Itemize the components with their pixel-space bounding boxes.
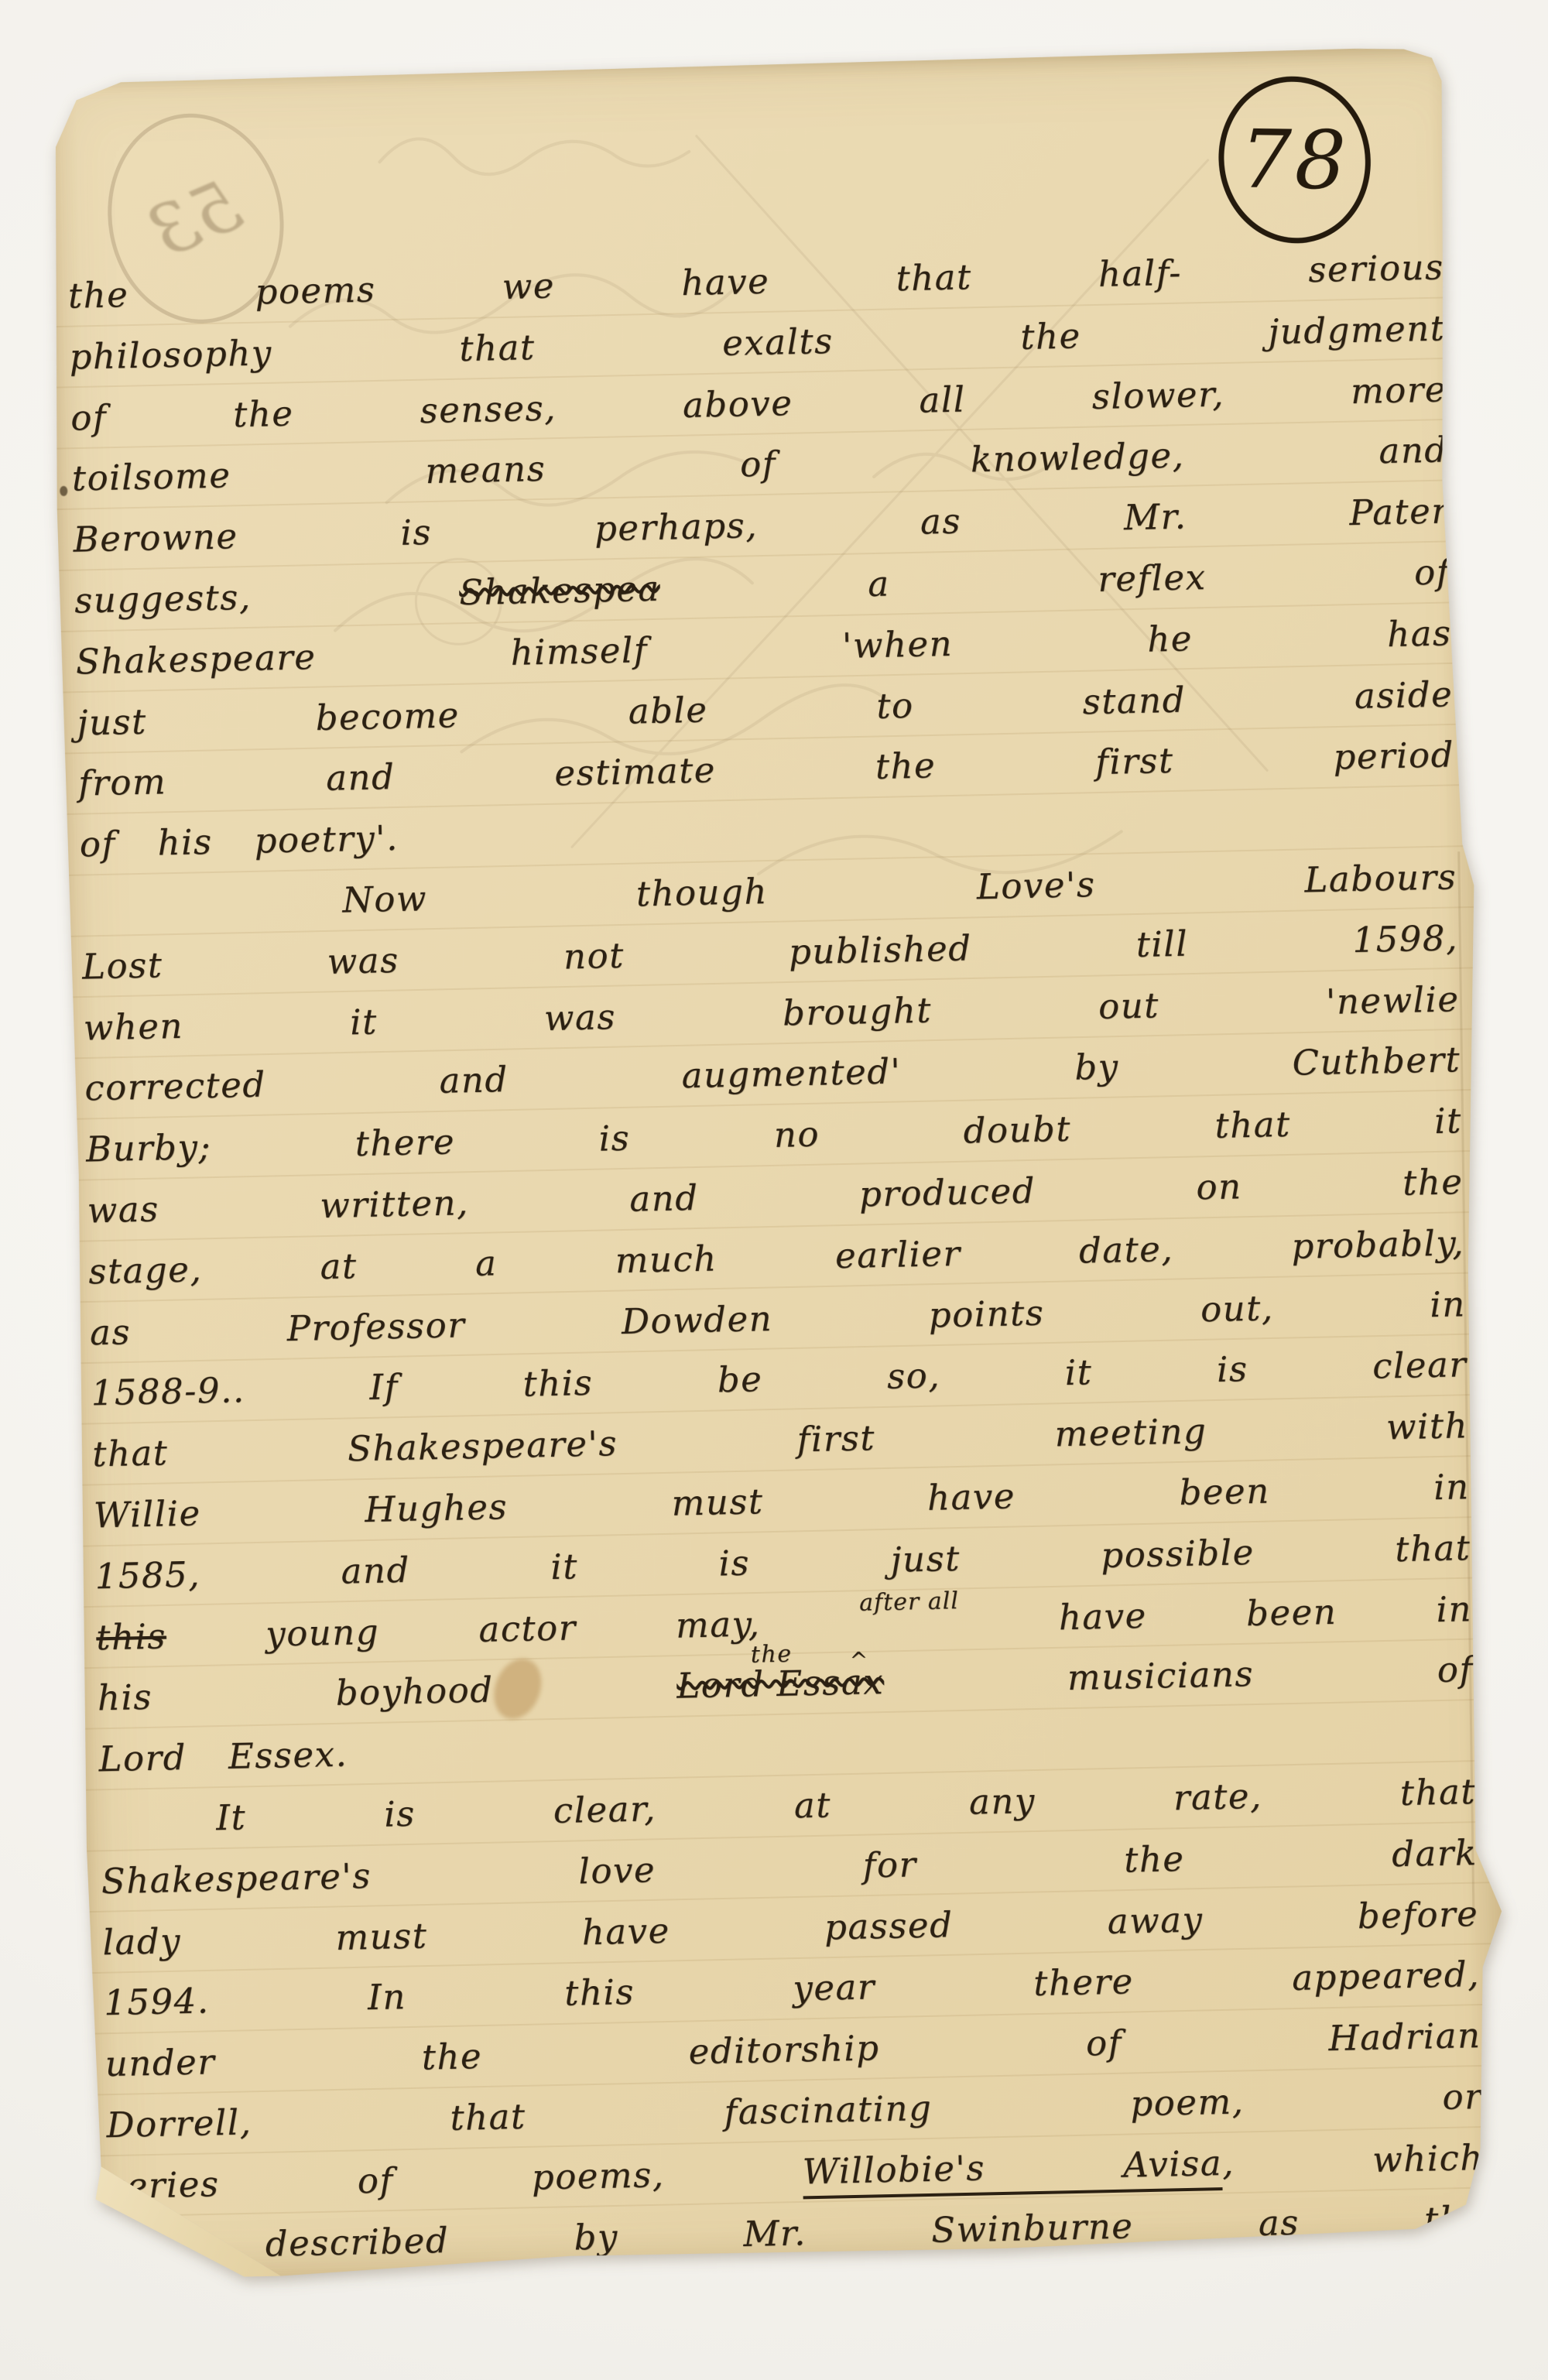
line-text: his boyhood xyxy=(97,1669,494,1719)
line-text: series of poems, xyxy=(108,2154,665,2207)
line-text: a reflex of xyxy=(868,551,1451,604)
ink-speck xyxy=(60,486,67,496)
paper-surface: 53 78 the poems we have that half- serio… xyxy=(45,46,1528,2290)
inserted-words: after all xyxy=(858,1576,959,1629)
line-text: musicians of xyxy=(1067,1649,1474,1698)
manuscript-text: the poems we have that half- serious phi… xyxy=(67,242,1485,2283)
correction: theLord Essax xyxy=(676,1656,885,1712)
struck-word: this xyxy=(96,1615,167,1658)
page-number-value: 78 xyxy=(1240,112,1350,208)
line-text: suggests, xyxy=(74,577,252,622)
faint-page-number-value: 53 xyxy=(138,163,254,274)
insertion: after all^ xyxy=(859,1594,960,1652)
line-text: , which xyxy=(1221,2137,1484,2183)
inserted-word: the xyxy=(750,1629,793,1681)
underlined-title: Willobie's Avisa xyxy=(802,2142,1223,2199)
struck-word: Shakespea xyxy=(459,568,660,613)
scan-background: { "page": { "page_number": "78", "faint_… xyxy=(0,0,1548,2380)
line-text: young actor may, xyxy=(265,1603,761,1654)
manuscript-sheet: 53 78 the poems we have that half- serio… xyxy=(45,46,1528,2290)
line-text: have been in xyxy=(1058,1588,1472,1638)
